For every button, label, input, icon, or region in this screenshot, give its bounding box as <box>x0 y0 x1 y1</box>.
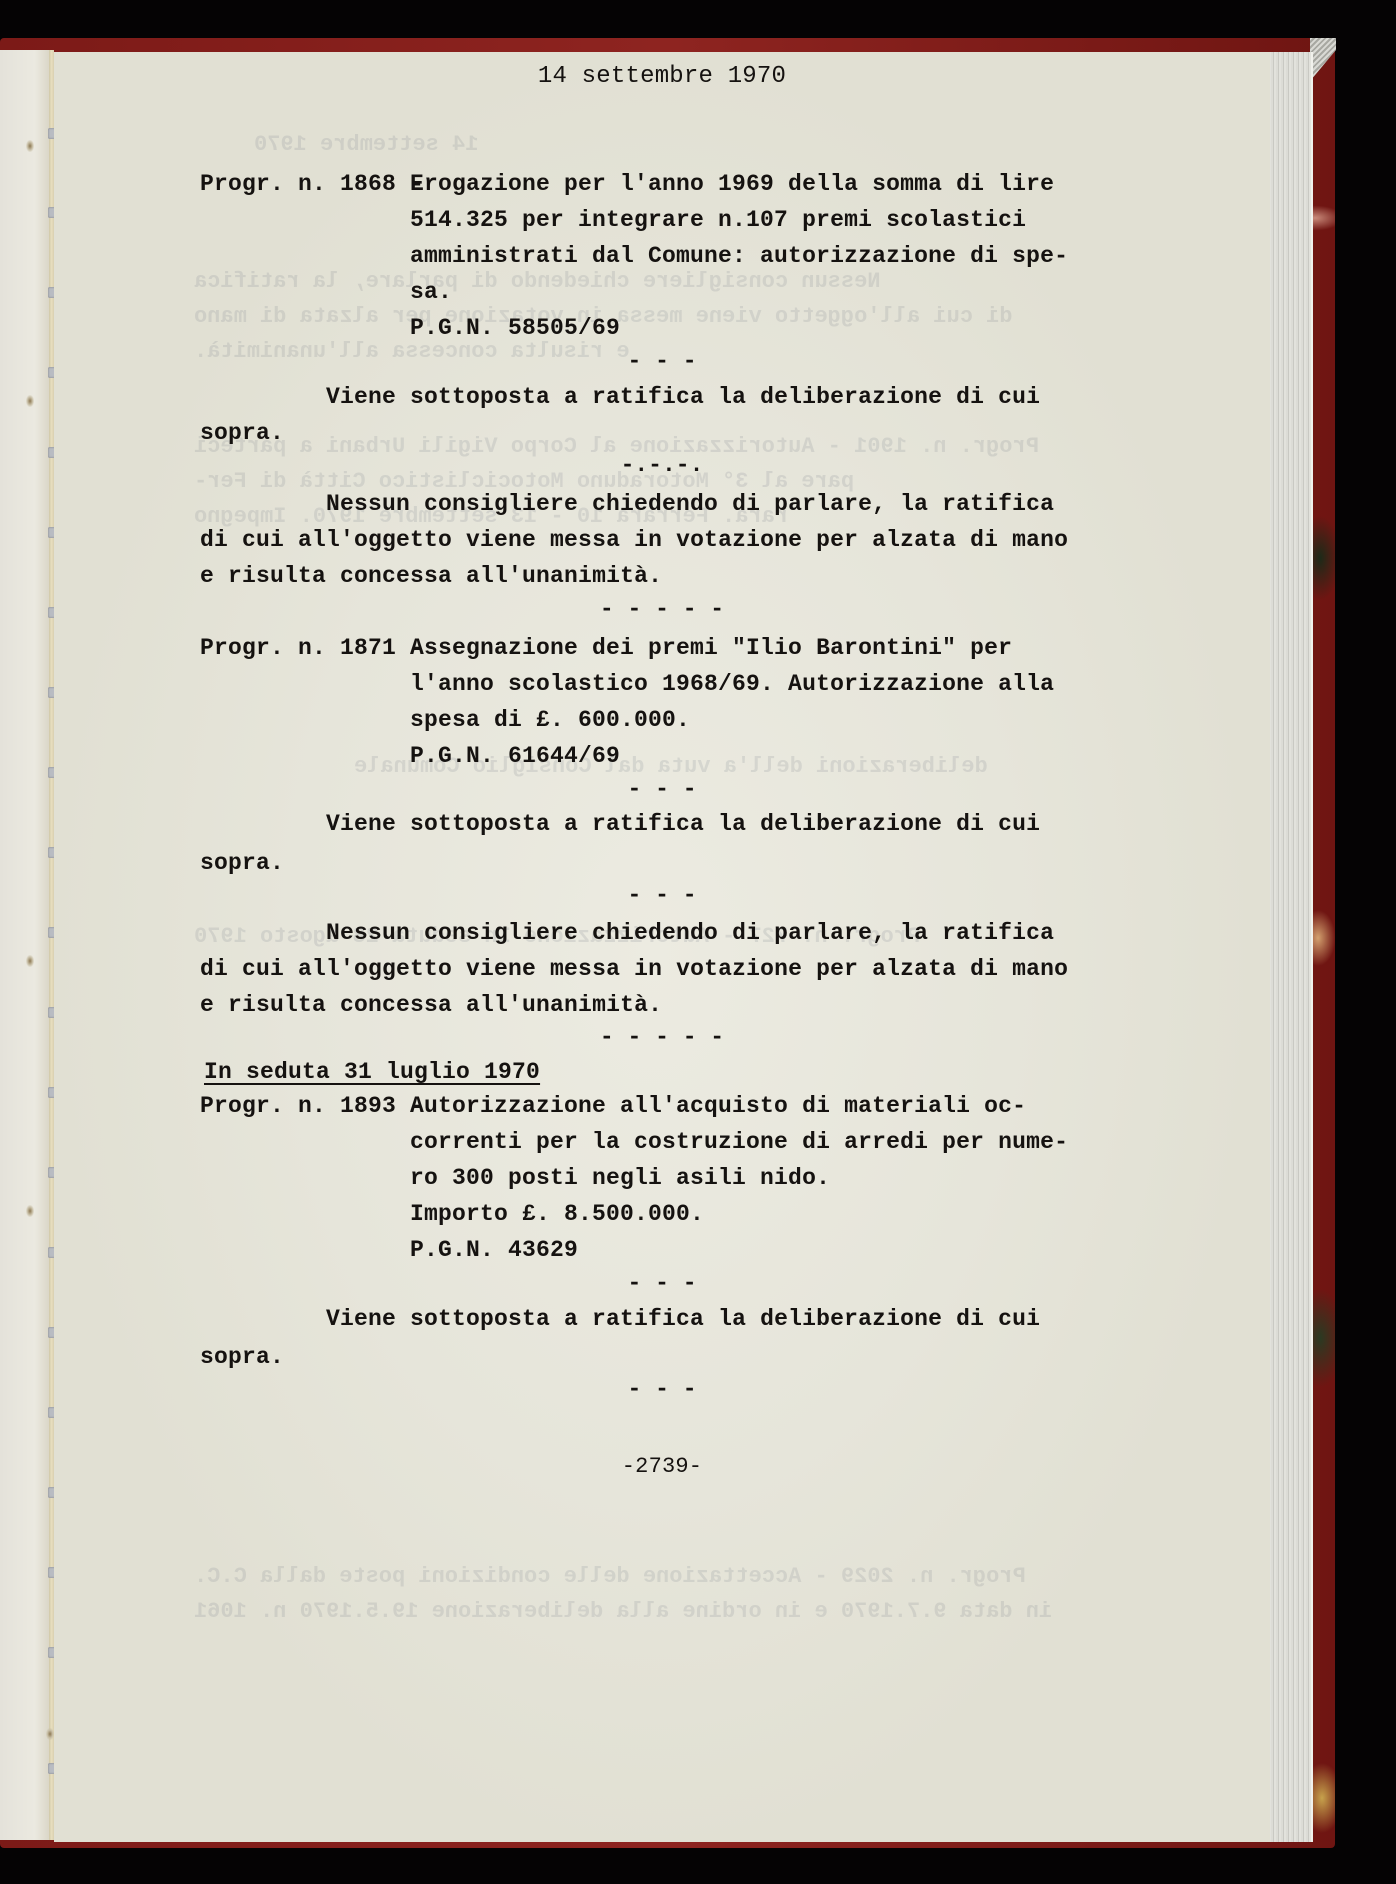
session-heading: In seduta 31 luglio 1970 <box>204 1057 540 1087</box>
item-description-line: sa. <box>410 277 452 307</box>
progr-label: Progr. n. 1893 - <box>200 1091 424 1121</box>
separator: - - - - - <box>54 596 1270 622</box>
page-number: -2739- <box>54 1452 1270 1482</box>
item-description-line: Erogazione per l'anno 1969 della somma d… <box>410 169 1054 199</box>
ratifica-text: sopra. <box>200 418 284 448</box>
item-description-line: ro 300 posti negli asili nido. <box>410 1163 830 1193</box>
pgn-reference: P.G.N. 61644/69 <box>410 741 620 771</box>
item-description-line: 514.325 per integrare n.107 premi scolas… <box>410 205 1026 235</box>
pgn-reference: P.G.N. 43629 <box>410 1235 578 1265</box>
show-through-text: Nessun consigliere chiedendo di parlare,… <box>194 267 881 297</box>
punch-hole <box>26 395 34 407</box>
ratifica-text: Viene sottoposta a ratifica la deliberaz… <box>326 809 1040 839</box>
ratifica-text: Viene sottoposta a ratifica la deliberaz… <box>326 1304 1040 1334</box>
punch-hole <box>46 1728 54 1740</box>
progr-label: Progr. n. 1868 - <box>200 169 424 199</box>
item-description-line: Autorizzazione all'acquisto di materiali… <box>410 1091 1026 1121</box>
item-description-line: Importo £. 8.500.000. <box>410 1199 704 1229</box>
separator: -.-.-. <box>54 452 1270 478</box>
show-through-text: in data 9.7.1970 e in ordine alla delibe… <box>194 1597 1052 1627</box>
vote-text: di cui all'oggetto viene messa in votazi… <box>200 954 1068 984</box>
vote-text: e risulta concessa all'unanimità. <box>200 561 662 591</box>
ratifica-text: Viene sottoposta a ratifica la deliberaz… <box>326 382 1040 412</box>
item-description-line: spesa di £. 600.000. <box>410 705 690 735</box>
vote-text: Nessun consigliere chiedendo di parlare,… <box>326 489 1054 519</box>
separator: - - - <box>54 776 1270 802</box>
punch-hole <box>26 1205 34 1217</box>
facing-page-edge <box>0 50 50 1840</box>
vote-text: Nessun consigliere chiedendo di parlare,… <box>326 918 1054 948</box>
item-description-line: amministrati dal Comune: autorizzazione … <box>410 241 1068 271</box>
vote-text: di cui all'oggetto viene messa in votazi… <box>200 525 1068 555</box>
document-page: 14 settembre 1970 Nessun consigliere chi… <box>54 52 1270 1842</box>
pgn-reference: P.G.N. 58505/69 <box>410 313 620 343</box>
separator: - - - <box>54 348 1270 374</box>
item-description-line: correnti per la costruzione di arredi pe… <box>410 1127 1068 1157</box>
date-header: 14 settembre 1970 <box>54 62 1270 92</box>
separator: - - - <box>54 1270 1270 1296</box>
ratifica-text: sopra. <box>200 848 284 878</box>
item-description-line: l'anno scolastico 1968/69. Autorizzazion… <box>410 669 1054 699</box>
item-description-line: Assegnazione dei premi "Ilio Barontini" … <box>410 633 1012 663</box>
page-stack-edge <box>1266 52 1313 1842</box>
ratifica-text: sopra. <box>200 1342 284 1372</box>
vote-text: e risulta concessa all'unanimità. <box>200 990 662 1020</box>
separator: - - - <box>54 882 1270 908</box>
show-through-text: Progr. n. 2029 - Accettazione delle cond… <box>194 1562 1026 1592</box>
punch-hole <box>26 955 34 967</box>
progr-label: Progr. n. 1871 - <box>200 633 424 663</box>
separator: - - - <box>54 1376 1270 1402</box>
show-through-text: 14 settembre 1970 <box>254 130 478 160</box>
separator: - - - - - <box>54 1024 1270 1050</box>
punch-hole <box>26 140 34 152</box>
